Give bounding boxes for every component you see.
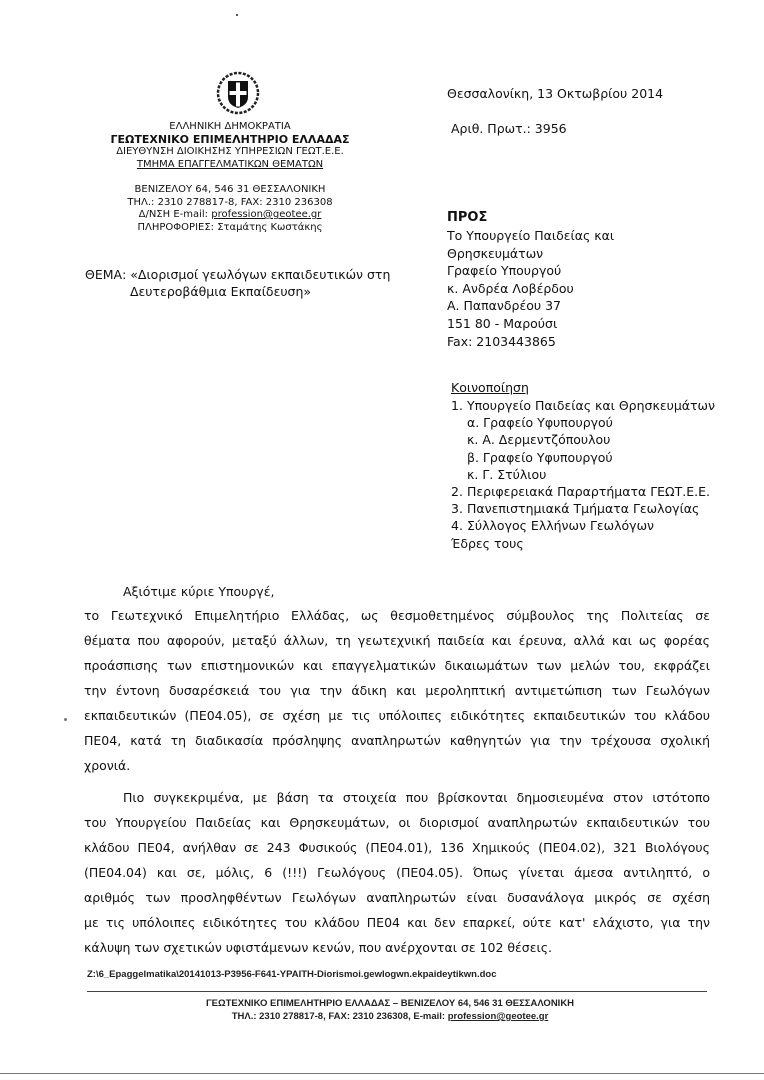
cc-item: κ. Α. Δερμεντζόπουλου: [451, 431, 715, 448]
email-link[interactable]: profession@geotee.gr: [211, 209, 321, 220]
body-line: κάλυψη των σχετικών υφιστάμενων κενών, π…: [84, 935, 710, 960]
letterhead-contact: ΒΕΝΙΖΕΛΟΥ 64, 546 31 ΘΕΣΣΑΛΟΝΙΚΗ ΤΗΛ.: 2…: [60, 184, 400, 234]
footer-divider: [87, 991, 707, 992]
email-line: Δ/ΝΣΗ E-mail: profession@geotee.gr: [60, 209, 400, 222]
cc-item: 1.Υπουργείο Παιδείας και Θρησκευμάτων: [451, 397, 715, 414]
body-line: χρονιά.: [84, 753, 710, 778]
body-line: ΠΕ04, κατά τη διαδικασία πρόσληψης αναπλ…: [84, 728, 710, 753]
email-label: Δ/ΝΣΗ E-mail:: [139, 209, 212, 220]
cc-item: 3.Πανεπιστημιακά Τμήματα Γεωλογίας: [451, 500, 715, 517]
cc-item: α. Γραφείο Υφυπουργού: [451, 414, 715, 431]
recipient-line: Θρησκευμάτων: [447, 245, 614, 263]
body-line: με τις υπόλοιπες ειδικότητες του κλάδου …: [84, 910, 710, 935]
footer-line: ΤΗΛ.: 2310 278817-8, FAX: 2310 236308, E…: [100, 1010, 680, 1023]
body-line: Πιο συγκεκριμένα, με βάση τα στοιχεία πο…: [84, 785, 710, 810]
body-line: αριθμός των προσληφθέντων Γεωλόγων αναπλ…: [84, 885, 710, 910]
department-name: ΤΜΗΜΑ ΕΠΑΓΓΕΛΜΑΤΙΚΩΝ ΘΕΜΑΤΩΝ: [60, 159, 400, 172]
letterhead: ΕΛΛΗΝΙΚΗ ΔΗΜΟΚΡΑΤΙΑ ΓΕΩΤΕΧΝΙΚΟ ΕΠΙΜΕΛΗΤΗ…: [60, 121, 400, 171]
recipient-line: 151 80 - Μαρούσι: [447, 315, 614, 333]
file-path: Z:\6_Epaggelmatika\20141013-P3956-F641-Y…: [87, 969, 497, 980]
date: Θεσσαλονίκη, 13 Οκτωβρίου 2014: [447, 86, 663, 101]
body-line: εκπαιδευτικών (ΠΕ04.05), σε σχέση με τις…: [84, 703, 710, 728]
organization-name: ΓΕΩΤΕΧΝΙΚΟ ΕΠΙΜΕΛΗΤΗΡΙΟ ΕΛΛΑΔΑΣ: [60, 134, 400, 147]
subject-line: Δευτεροβάθμια Εκπαίδευση»: [85, 283, 390, 300]
body-paragraph-2: Πιο συγκεκριμένα, με βάση τα στοιχεία πο…: [84, 785, 710, 960]
protocol-number: Αριθ. Πρωτ.: 3956: [451, 121, 567, 136]
cc-item: 2.Περιφερειακά Παραρτήματα ΓΕΩΤ.Ε.Ε.: [451, 483, 715, 500]
recipient-address: Το Υπουργείο Παιδείας και Θρησκευμάτων Γ…: [447, 227, 614, 350]
cc-title: Κοινοποίηση: [451, 380, 529, 395]
subject-line: ΘΕΜΑ: «Διορισμοί γεωλόγων εκπαιδευτικών …: [85, 266, 390, 283]
body-line: προάσπισης των επιστημονικών και επαγγελ…: [84, 653, 710, 678]
cc-item: κ. Γ. Στύλιου: [451, 466, 715, 483]
footer-email-link[interactable]: profession@geotee.gr: [448, 1011, 549, 1022]
republic-name: ΕΛΛΗΝΙΚΗ ΔΗΜΟΚΡΑΤΙΑ: [60, 121, 400, 134]
recipient-line: κ. Ανδρέα Λοβέρδου: [447, 280, 614, 298]
body-line: (ΠΕ04.04) και σε, μόλις, 6 (!!!) Γεωλόγο…: [84, 860, 710, 885]
recipient-title: ΠΡΟΣ: [447, 210, 487, 225]
cc-list: 1.Υπουργείο Παιδείας και Θρησκευμάτων α.…: [451, 397, 715, 552]
footer-line: ΓΕΩΤΕΧΝΙΚΟ ΕΠΙΜΕΛΗΤΗΡΙΟ ΕΛΛΑΔΑΣ – ΒΕΝΙΖΕ…: [100, 997, 680, 1010]
directorate-name: ΔΙΕΥΘΥΝΣΗ ΔΙΟΙΚΗΣΗΣ ΥΠΗΡΕΣΙΩΝ ΓΕΩΤ.Ε.Ε.: [60, 146, 400, 159]
recipient-line: Fax: 2103443865: [447, 333, 614, 351]
subject: ΘΕΜΑ: «Διορισμοί γεωλόγων εκπαιδευτικών …: [85, 266, 390, 300]
salutation: Αξιότιμε κύριε Υπουργέ,: [123, 584, 274, 599]
recipient-line: Το Υπουργείο Παιδείας και: [447, 227, 614, 245]
scan-speck: [64, 718, 67, 721]
recipient-line: Α. Παπανδρέου 37: [447, 297, 614, 315]
page-edge-line: [0, 1073, 764, 1074]
coat-of-arms-icon: [216, 71, 260, 115]
phone-fax: ΤΗΛ.: 2310 278817-8, FAX: 2310 236308: [60, 197, 400, 210]
body-paragraph-1: το Γεωτεχνικό Επιμελητήριο Ελλάδας, ως θ…: [84, 603, 710, 778]
body-line: το Γεωτεχνικό Επιμελητήριο Ελλάδας, ως θ…: [84, 603, 710, 628]
cc-footer: Έδρες τους: [451, 535, 715, 552]
body-line: του Υπουργείου Παιδείας και Θρησκευμάτων…: [84, 810, 710, 835]
recipient-line: Γραφείο Υπουργού: [447, 262, 614, 280]
body-line: την έντονη δυσαρέσκειά του για την άδικη…: [84, 678, 710, 703]
cc-item: 4.Σύλλογος Ελλήνων Γεωλόγων: [451, 517, 715, 534]
contact-person: ΠΛΗΡΟΦΟΡΙΕΣ: Σταμάτης Κωστάκης: [60, 222, 400, 235]
body-line: κλάδου ΠΕ04, ανήλθαν σε 243 Φυσικούς (ΠΕ…: [84, 835, 710, 860]
scan-speck: [236, 14, 238, 16]
body-line: θέματα που αφορούν, μεταξύ άλλων, τη γεω…: [84, 628, 710, 653]
footer-contact: ΓΕΩΤΕΧΝΙΚΟ ΕΠΙΜΕΛΗΤΗΡΙΟ ΕΛΛΑΔΑΣ – ΒΕΝΙΖΕ…: [100, 997, 680, 1023]
cc-item: β. Γραφείο Υφυπουργού: [451, 449, 715, 466]
address: ΒΕΝΙΖΕΛΟΥ 64, 546 31 ΘΕΣΣΑΛΟΝΙΚΗ: [60, 184, 400, 197]
